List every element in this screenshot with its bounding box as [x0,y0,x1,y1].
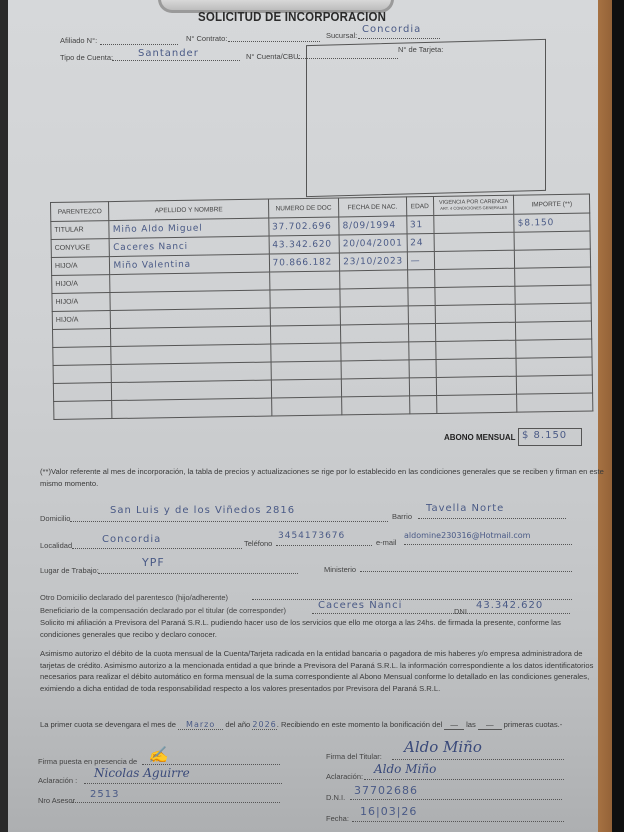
cell-parentezco: HIJO/A [52,293,111,312]
cell-vigencia[interactable] [436,358,517,377]
cell-fecha[interactable] [340,288,408,307]
beneficiario-value: Caceres Nanci [318,600,402,611]
header-nombre: APELLIDO Y NOMBRE [109,199,268,220]
beneficiario-label: Beneficiario de la compensación declarad… [40,606,286,615]
beneficiario-dni-value: 43.342.620 [476,600,543,611]
cell-parentezco [53,329,112,348]
beneficiario-dni-label: DNI [454,607,467,616]
form-title: SOLICITUD DE INCORPORACION [198,10,386,24]
cell-parentezco: HIJO/A [52,311,111,330]
sucursal-value: Concordia [362,24,421,35]
aclaracion2-field[interactable] [364,779,564,780]
family-table-body: TITULARMiño Aldo Miguel37.702.6968/09/19… [51,213,593,419]
barrio-label: Barrio [392,512,412,521]
dni-value: 37702686 [354,784,418,797]
tipo-cuenta-value: Santander [138,48,199,59]
email-label: e-mail [376,538,396,547]
titular-signature-field[interactable] [392,759,564,760]
header-parentezco: PARENTEZCO [51,202,110,222]
barrio-field[interactable] [418,518,566,519]
cell-edad[interactable] [407,269,434,287]
cell-parentezco [54,401,113,420]
cell-vigencia[interactable] [436,394,517,413]
cell-importe[interactable] [515,249,591,268]
ministerio-field[interactable] [360,571,572,572]
cell-edad[interactable] [408,323,435,341]
cell-fecha[interactable] [341,342,409,361]
abono-mensual-label: ABONO MENSUAL [444,433,516,442]
cell-vigencia[interactable] [434,250,515,269]
cell-importe[interactable] [515,285,591,304]
cell-parentezco: CONYUGE [51,239,110,258]
cell-edad[interactable] [409,377,436,395]
cuota-bonif-text: . Recibiendo en este momento la bonifica… [277,720,442,729]
cell-parentezco [53,383,112,402]
cell-nombre[interactable] [112,398,271,418]
aclaracion-value: Nicolas Aguirre [94,766,190,780]
sucursal-field[interactable] [358,38,440,39]
lugar-trabajo-field[interactable] [98,573,298,574]
cell-edad[interactable] [409,395,436,413]
email-field[interactable] [404,544,572,545]
lugar-trabajo-label: Lugar de Trabajo: [40,566,99,575]
background-right [612,0,624,832]
cell-importe[interactable] [516,339,592,358]
cell-doc[interactable]: 43.342.620 [269,235,340,254]
cell-importe[interactable] [516,303,592,322]
cell-doc[interactable]: 70.866.182 [269,253,340,272]
header-fecha: FECHA DE NAC. [339,197,407,217]
cell-fecha[interactable]: 23/10/2023 [340,252,408,271]
header-doc: NUMERO DE DOC [268,198,339,218]
asesor-value: 2513 [90,789,119,800]
cell-importe[interactable] [514,231,590,250]
cell-doc[interactable] [270,343,341,362]
cell-vigencia[interactable] [436,376,517,395]
first-installment-line: La primer cuota se devengara el mes de M… [40,719,605,731]
sucursal-label: Sucursal: [326,31,357,40]
cell-vigencia[interactable] [434,214,515,233]
afiliado-label: Afiliado N°: [60,36,97,45]
family-table: PARENTEZCO APELLIDO Y NOMBRE NUMERO DE D… [50,194,593,420]
cuota-suffix: primeras cuotas.- [504,720,563,729]
cell-vigencia[interactable] [435,286,516,305]
dni-label: D.N.I. [326,793,345,802]
contrato-label: N° Contrato: [186,34,227,43]
header-vigencia-sub: ART. 4 CONDICIONES GENERALES [440,205,507,211]
cell-fecha[interactable] [341,378,409,397]
afiliado-field[interactable] [100,44,178,45]
fecha-value: 16|03|26 [360,805,417,818]
cell-parentezco [53,365,112,384]
dni-field[interactable] [350,799,562,800]
legal-debit-authorization: Asimismo autorizo el débito de la cuota … [40,648,605,694]
cell-edad[interactable]: 24 [407,233,434,251]
beneficiario-field[interactable] [312,613,570,614]
domicilio-label: Domicilio [40,514,70,523]
telefono-label: Teléfono [244,539,272,548]
lugar-trabajo-value: YPF [142,556,165,569]
tipo-cuenta-field[interactable] [112,60,240,61]
header-edad: EDAD [406,196,433,215]
cuota-mes[interactable]: Marzo [178,720,223,730]
aclaracion-label: Aclaración : [38,776,77,785]
cell-edad[interactable] [409,359,436,377]
cell-vigencia[interactable] [435,304,516,323]
cell-importe[interactable] [515,267,591,286]
header-importe: IMPORTE (**) [514,194,590,214]
cell-edad[interactable] [408,305,435,323]
tipo-cuenta-label: Tipo de Cuenta: [60,53,113,62]
aclaracion2-value: Aldo Miño [374,762,436,776]
cell-doc[interactable] [270,307,341,326]
cuenta-cbu-label: N° Cuenta/CBU: [246,52,301,61]
aclaracion2-label: Aclaración: [326,772,363,781]
aclaracion-field[interactable] [84,783,282,784]
header-vigencia: VIGENCIA POR CARENCIA ART. 4 CONDICIONES… [433,195,514,215]
cell-parentezco: TITULAR [51,221,110,240]
domicilio-field[interactable] [70,521,388,522]
asesor-label: Nro Asesor [38,796,75,805]
abono-mensual-box[interactable]: $ 8.150 [518,428,582,446]
cell-parentezco: HIJO/A [51,257,110,276]
titular-signature-label: Firma del Titular: [326,752,382,761]
price-note: (**)Valor referente al mes de incorporac… [40,466,605,489]
cell-fecha[interactable] [340,270,408,289]
cell-importe[interactable] [517,393,593,412]
fecha-field[interactable] [352,821,564,822]
cell-doc[interactable] [271,361,342,380]
cell-doc[interactable] [270,325,341,344]
cell-edad[interactable]: 31 [406,215,433,233]
email-value: aldomine230316@Hotmail.com [404,531,530,540]
barrio-value: Tavella Norte [426,503,504,514]
cell-edad[interactable]: — [407,251,434,269]
cell-doc[interactable] [269,271,340,290]
advisor-signature: ✍ [148,745,168,764]
asesor-field[interactable] [72,802,280,803]
cuota-bonif-value[interactable]: — [444,720,464,730]
photo-box [306,39,546,197]
cell-doc[interactable] [271,397,342,416]
cuota-anio[interactable]: 2026 [252,720,276,730]
contrato-field[interactable] [228,41,320,42]
cell-doc[interactable] [270,289,341,308]
localidad-field[interactable] [72,548,242,549]
telefono-field[interactable] [276,545,372,546]
localidad-value: Concordia [102,534,161,545]
cuota-las-value[interactable]: — [478,720,502,730]
otro-domicilio-label: Otro Domicilio declarado del parentesco … [40,593,228,602]
cell-vigencia[interactable] [436,340,517,359]
abono-mensual-value: $ 8.150 [522,430,567,441]
cuota-anio-label: del año [225,720,250,729]
form-paper: SOLICITUD DE INCORPORACION Afiliado N°: … [8,0,598,832]
cell-parentezco [53,347,112,366]
cell-fecha[interactable] [341,360,409,379]
cell-importe[interactable] [517,375,593,394]
cell-edad[interactable] [408,341,435,359]
ministerio-label: Ministerio [324,565,356,574]
legal-affiliation: Solicito mi afiliación a Previsora del P… [40,617,600,640]
cuota-prefix: La primer cuota se devengara el mes de [40,720,176,729]
cell-fecha[interactable]: 20/04/2001 [339,234,407,253]
cell-importe[interactable] [516,357,592,376]
localidad-label: Localidad [40,541,72,550]
cell-doc[interactable] [271,379,342,398]
cell-fecha[interactable] [342,396,410,415]
cell-doc[interactable]: 37.702.696 [268,217,339,236]
fecha-label: Fecha: [326,814,349,823]
cuota-las-label: las [466,720,476,729]
cell-fecha[interactable] [340,306,408,325]
cell-edad[interactable] [407,287,434,305]
cell-fecha[interactable]: 8/09/1994 [339,216,407,235]
cell-vigencia[interactable] [434,232,515,251]
cell-importe[interactable] [516,321,592,340]
cell-importe[interactable]: $8.150 [514,213,590,232]
domicilio-value: San Luis y de los Viñedos 2816 [110,505,295,516]
presencia-label: Firma puesta en presencia de [38,757,137,766]
presencia-signature-field[interactable] [142,764,280,765]
cell-vigencia[interactable] [435,322,516,341]
cell-parentezco: HIJO/A [52,275,111,294]
titular-signature: Aldo Miño [404,738,482,756]
cell-fecha[interactable] [341,324,409,343]
cell-vigencia[interactable] [434,268,515,287]
telefono-value: 3454173676 [278,531,345,541]
